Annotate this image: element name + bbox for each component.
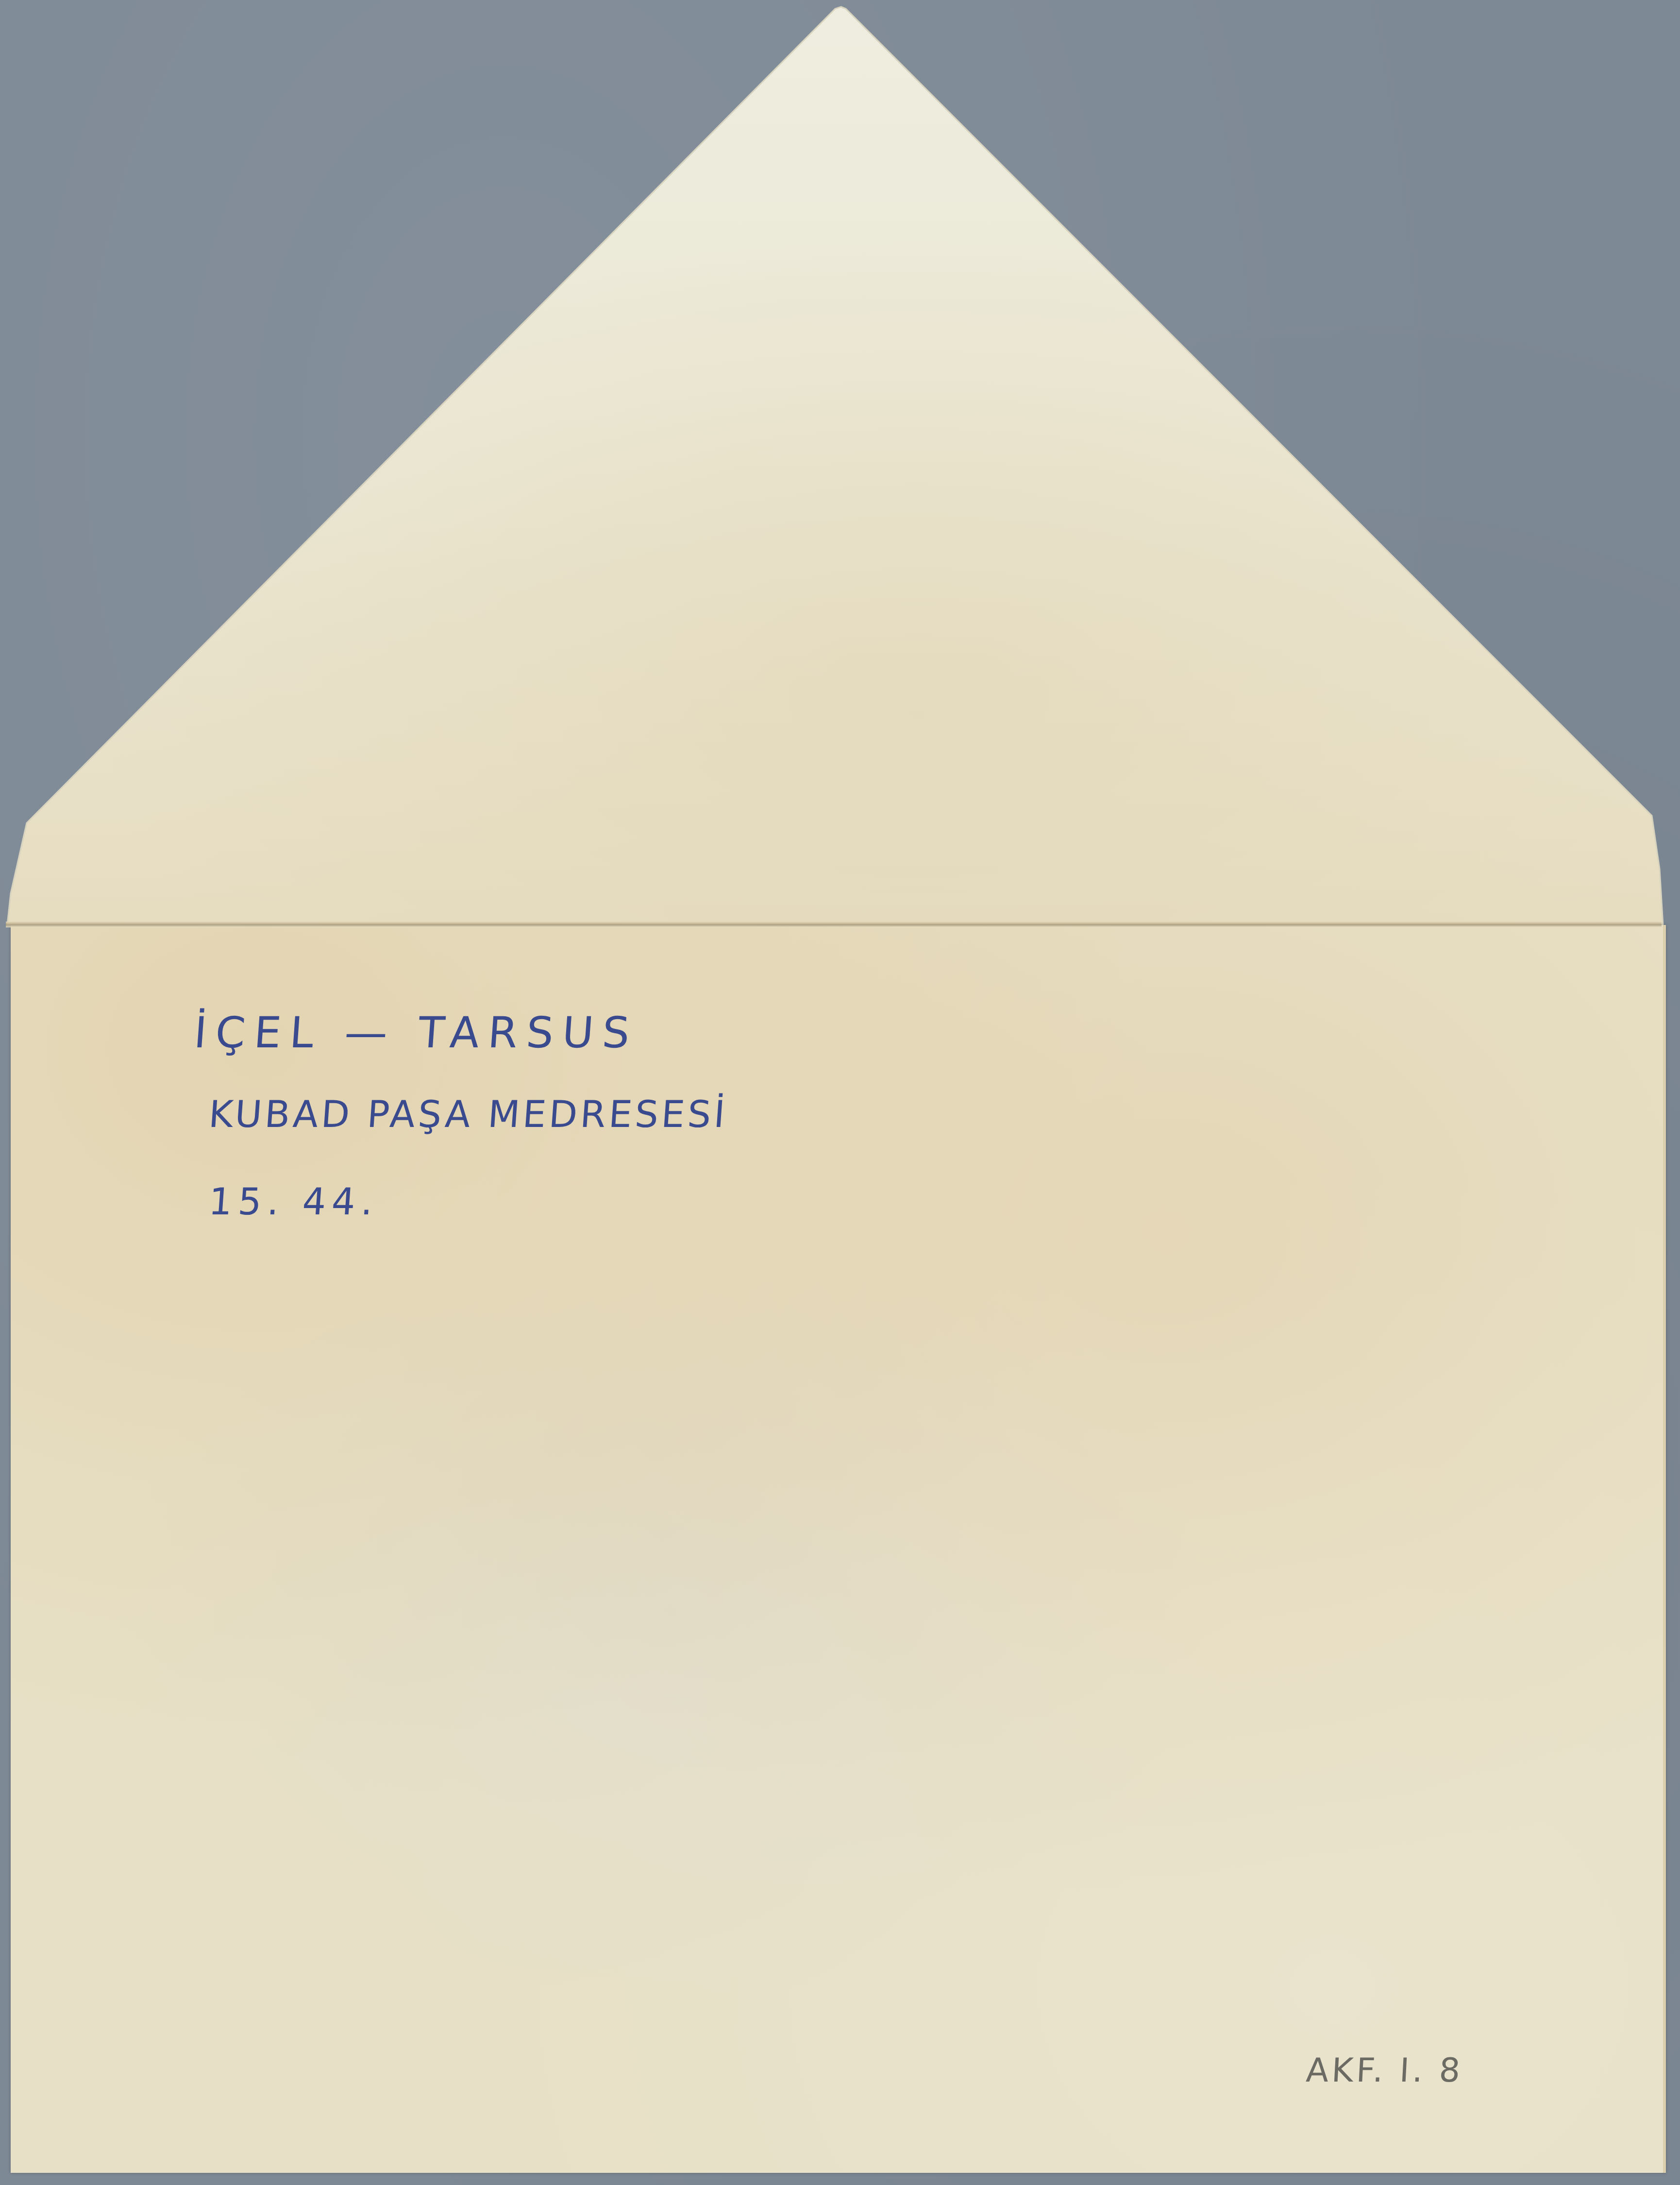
catalog-mark: AKF. I. 8 <box>1305 2051 1464 2090</box>
fold-crease <box>6 922 1662 927</box>
handwritten-number: 15. 44. <box>207 1180 380 1223</box>
handwritten-location: İÇEL — TARSUS <box>192 1008 640 1058</box>
envelope-scan: İÇEL — TARSUS KUBAD PAŞA MEDRESESİ 15. 4… <box>0 0 1680 2185</box>
handwritten-building-name: KUBAD PAŞA MEDRESESİ <box>207 1092 729 1136</box>
